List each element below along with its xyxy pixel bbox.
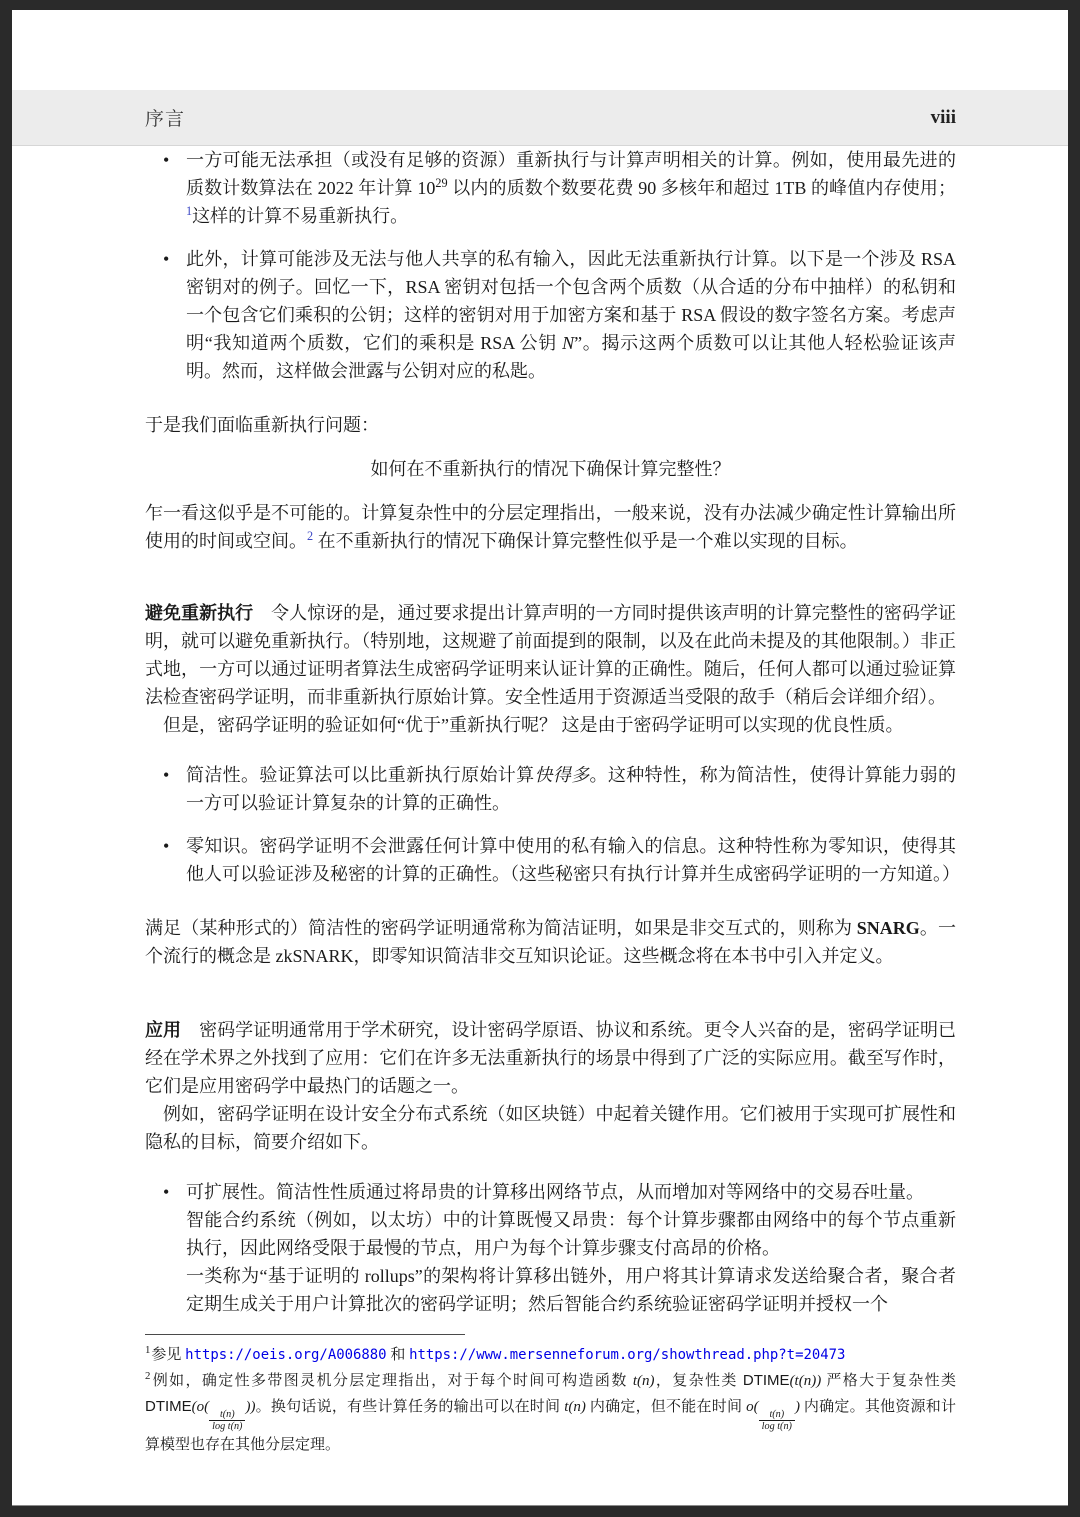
paragraph-snarg: 满足（某种形式的）简洁性的密码学证明通常称为简洁证明，如果是非交互式的，则称为 … xyxy=(145,914,956,970)
list-item: 简洁性。验证算法可以比重新执行原始计算快得多。这种特性，称为简洁性，使得计算能力… xyxy=(145,761,956,817)
text-run: t(n) xyxy=(564,1399,586,1415)
text-run: t(n) xyxy=(633,1373,655,1389)
paragraph-example-blockchain: 例如，密码学证明在设计安全分布式系统（如区块链）中起着关键作用。它们被用于实现可… xyxy=(145,1100,956,1156)
text-run: 零知识。密码学证明不会泄露任何计算中使用的私有输入的信息。这种特性称为零知识，使… xyxy=(186,836,960,884)
paragraph-zero-knowledge: 零知识。密码学证明不会泄露任何计算中使用的私有输入的信息。这种特性称为零知识，使… xyxy=(186,832,956,888)
text-run: 简洁性。验证算法可以比重新执行原始计算 xyxy=(186,765,535,785)
page-header: 序言 viii xyxy=(12,90,1068,146)
list-item: 此外，计算可能涉及无法与他人共享的私有输入，因此无法重新执行计算。以下是一个涉及… xyxy=(145,245,956,385)
document-page: 序言 viii 一方可能无法承担（或没有足够的资源）重新执行与计算声明相关的计算… xyxy=(12,10,1068,1506)
paragraph-but-better: 但是，密码学证明的验证如何“优于”重新执行呢？ 这是由于密码学证明可以实现的优良… xyxy=(145,711,956,739)
central-question: 如何在不重新执行的情况下确保计算完整性？ xyxy=(145,455,956,483)
paragraph-smart-contracts: 智能合约系统（例如，以太坊）中的计算既慢又昂贵：每个计算步骤都由网络中的每个节点… xyxy=(186,1206,956,1262)
text-run: 避免重新执行 xyxy=(145,603,253,623)
text-run: 在不重新执行的情况下确保计算完整性似乎是一个难以实现的目标。 xyxy=(313,531,858,551)
paragraph-rerun-cost: 一方可能无法承担（或没有足够的资源）重新执行与计算声明相关的计算。例如，使用最先… xyxy=(186,146,956,230)
math-fraction: t(n)log t(n) xyxy=(209,1409,245,1433)
text-run: DTIME xyxy=(145,1398,192,1415)
text-run: 以内的质数个数要花费 90 多核年和超过 1TB 的峰值内存使用； xyxy=(448,178,956,198)
paragraph-succinctness: 简洁性。验证算法可以比重新执行原始计算快得多。这种特性，称为简洁性，使得计算能力… xyxy=(186,761,956,817)
text-run: (o( xyxy=(192,1399,210,1415)
text-run: 内确定，但不能在时间 xyxy=(586,1399,746,1415)
text-run: 令人惊讶的是，通过要求提出计算声明的一方同时提供该声明的计算完整性的密码学证明，… xyxy=(145,603,956,707)
list-item: 一方可能无法承担（或没有足够的资源）重新执行与计算声明相关的计算。例如，使用最先… xyxy=(145,146,956,230)
page-number: viii xyxy=(931,107,956,129)
footnote-2: 2例如，确定性多带图灵机分层定理指出，对于每个时间可构造函数 t(n)，复杂性类… xyxy=(145,1368,956,1458)
footnote-rule xyxy=(145,1334,465,1335)
text-run: (t(n)) xyxy=(790,1373,822,1389)
text-run: 和 xyxy=(387,1347,410,1363)
rerun-problem-list: 一方可能无法承担（或没有足够的资源）重新执行与计算声明相关的计算。例如，使用最先… xyxy=(145,146,956,385)
url-link[interactable]: https://oeis.org/A006880 xyxy=(185,1347,386,1363)
paragraph-first-glance: 乍一看这似乎是不可能的。计算复杂性中的分层定理指出，一般来说，没有办法减少确定性… xyxy=(145,499,956,555)
text-run: 一类称为“基于证明的 rollups”的架构将计算移出链外，用户将其计算请求发送… xyxy=(186,1266,956,1314)
text-run: 应用 xyxy=(145,1020,181,1040)
list-item: 零知识。密码学证明不会泄露任何计算中使用的私有输入的信息。这种特性称为零知识，使… xyxy=(145,832,956,888)
text-run: DTIME xyxy=(743,1372,790,1389)
text-run: 这样的计算不易重新执行。 xyxy=(192,206,408,226)
text-run: SNARG xyxy=(857,918,920,938)
paragraph-applications: 应用 密码学证明通常用于学术研究，设计密码学原语、协议和系统。更令人兴奋的是，密… xyxy=(145,1016,956,1100)
text-run: 密码学证明通常用于学术研究，设计密码学原语、协议和系统。更令人兴奋的是，密码学证… xyxy=(145,1020,956,1096)
paragraph-scalability-lead: 可扩展性。简洁性性质通过将昂贵的计算移出网络节点，从而增加对等网络中的交易吞吐量… xyxy=(186,1178,956,1206)
proof-properties-list: 简洁性。验证算法可以比重新执行原始计算快得多。这种特性，称为简洁性，使得计算能力… xyxy=(145,761,956,888)
text-run: )) xyxy=(245,1399,255,1415)
text-run: 例如，确定性多带图灵机分层定理指出，对于每个时间可构造函数 xyxy=(151,1373,632,1389)
text-run: 满足（某种形式的）简洁性的密码学证明通常称为简洁证明，如果是非交互式的，则称为 xyxy=(145,918,857,938)
scalability-list: 可扩展性。简洁性性质通过将昂贵的计算移出网络节点，从而增加对等网络中的交易吞吐量… xyxy=(145,1178,956,1318)
chapter-title: 序言 xyxy=(145,104,185,131)
text-run: 参见 xyxy=(151,1347,185,1363)
text-run: 。换句话说，有些计算任务的输出可以在时间 xyxy=(255,1399,564,1415)
text-run: 严格大于复杂性类 xyxy=(821,1373,956,1389)
url-link[interactable]: https://www.mersenneforum.org/showthread… xyxy=(409,1347,845,1363)
paragraph-rollups: 一类称为“基于证明的 rollups”的架构将计算移出链外，用户将其计算请求发送… xyxy=(186,1262,956,1318)
footnote-marker: 2 xyxy=(145,1370,150,1382)
math-fraction: t(n)log t(n) xyxy=(759,1409,795,1433)
superscript: 29 xyxy=(435,176,447,190)
text-run: ，复杂性类 xyxy=(655,1373,743,1389)
footnote-1: 1参见 https://oeis.org/A006880 和 https://w… xyxy=(145,1343,956,1368)
paragraph-face-problem: 于是我们面临重新执行问题： xyxy=(145,411,956,439)
text-run: o( xyxy=(746,1399,759,1415)
page-content: 一方可能无法承担（或没有足够的资源）重新执行与计算声明相关的计算。例如，使用最先… xyxy=(12,146,1068,1458)
paragraph-avoid-rerun: 避免重新执行 令人惊讶的是，通过要求提出计算声明的一方同时提供该声明的计算完整性… xyxy=(145,599,956,711)
text-run: 快得多 xyxy=(535,765,590,785)
footnote-marker: 1 xyxy=(145,1344,150,1356)
text-run: N xyxy=(562,333,574,353)
list-item: 可扩展性。简洁性性质通过将昂贵的计算移出网络节点，从而增加对等网络中的交易吞吐量… xyxy=(145,1178,956,1318)
paragraph-private-input: 此外，计算可能涉及无法与他人共享的私有输入，因此无法重新执行计算。以下是一个涉及… xyxy=(186,245,956,385)
